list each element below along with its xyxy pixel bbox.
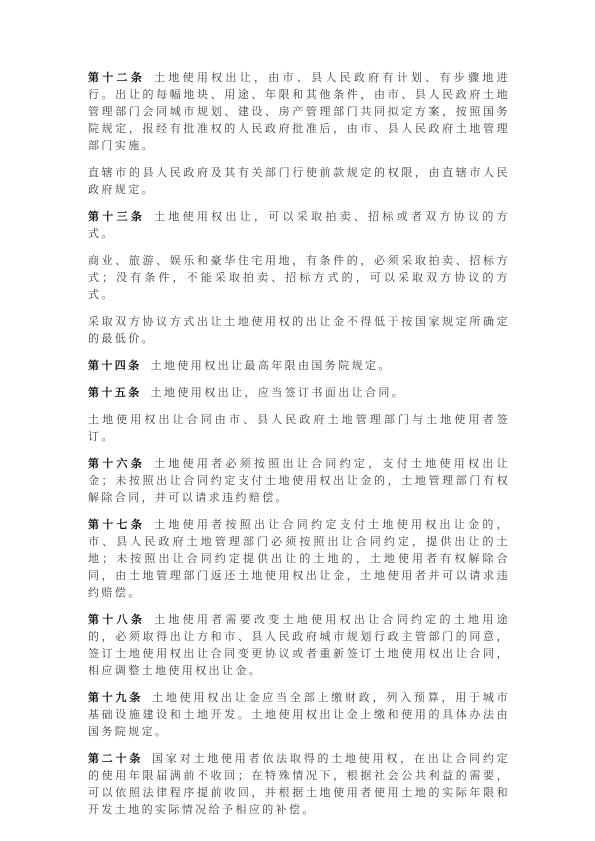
- article-number: 第十七条: [88, 518, 154, 531]
- article-number: 第十二条: [88, 71, 154, 84]
- article-number: 第十三条: [88, 210, 154, 223]
- document-page: 第十二条土地使用权出让，由市、县人民政府有计划、有步骤地进行。出让的每幅地块、用…: [0, 0, 595, 841]
- article-paragraph: 第十九条土地使用权出让金应当全部上缴财政，列入预算，用于城市基础设施建设和土地开…: [88, 689, 510, 740]
- article-number: 第十五条: [88, 386, 151, 399]
- article-paragraph: 直辖市的县人民政府及其有关部门行使前款规定的权限，由直辖市人民政府规定。: [88, 164, 510, 198]
- article-number: 第二十条: [88, 752, 152, 765]
- article-text: 商业、旅游、娱乐和豪华住宅用地，有条件的，必须采取拍卖、招标方式；没有条件，不能…: [88, 254, 510, 301]
- article-text: 土地使用权出让，应当签订书面出让合同。: [151, 386, 406, 399]
- article-number: 第十八条: [88, 613, 154, 626]
- article-text: 国家对土地使用者依法取得的土地使用权，在出让合同约定的使用年限届满前不收回；在特…: [88, 752, 510, 816]
- article-paragraph: 第十六条土地使用者必须按照出让合同约定，支付土地使用权出让金；未按照出让合同约定…: [88, 455, 510, 506]
- article-paragraph: 第二十条国家对土地使用者依法取得的土地使用权，在出让合同约定的使用年限届满前不收…: [88, 750, 510, 818]
- article-text: 土地使用权出让合同由市、县人民政府土地管理部门与土地使用者签订。: [88, 413, 510, 443]
- article-paragraph: 商业、旅游、娱乐和豪华住宅用地，有条件的，必须采取拍卖、招标方式；没有条件，不能…: [88, 252, 510, 303]
- article-paragraph: 第十二条土地使用权出让，由市、县人民政府有计划、有步骤地进行。出让的每幅地块、用…: [88, 69, 510, 154]
- article-number: 第十四条: [88, 359, 151, 372]
- article-paragraph: 第十三条土地使用权出让，可以采取拍卖、招标或者双方协议的方式。: [88, 208, 510, 242]
- article-paragraph: 第十四条土地使用权出让最高年限由国务院规定。: [88, 357, 510, 374]
- article-text: 土地使用权出让最高年限由国务院规定。: [151, 359, 392, 372]
- article-number: 第十六条: [88, 457, 154, 470]
- article-paragraph: 第十七条土地使用者按照出让合同约定支付土地使用权出让金的，市、县人民政府土地管理…: [88, 516, 510, 601]
- article-text: 采取双方协议方式出让土地使用权的出让金不得低于按国家规定所确定的最低价。: [88, 315, 510, 345]
- document-body: 第十二条土地使用权出让，由市、县人民政府有计划、有步骤地进行。出让的每幅地块、用…: [88, 69, 510, 818]
- article-paragraph: 第十八条土地使用者需要改变土地使用权出让合同约定的土地用途的，必须取得出让方和市…: [88, 611, 510, 679]
- article-paragraph: 采取双方协议方式出让土地使用权的出让金不得低于按国家规定所确定的最低价。: [88, 313, 510, 347]
- article-text: 直辖市的县人民政府及其有关部门行使前款规定的权限，由直辖市人民政府规定。: [88, 166, 510, 196]
- article-paragraph: 土地使用权出让合同由市、县人民政府土地管理部门与土地使用者签订。: [88, 411, 510, 445]
- article-number: 第十九条: [88, 691, 152, 704]
- article-text: 土地使用权出让金应当全部上缴财政，列入预算，用于城市基础设施建设和土地开发。土地…: [88, 691, 510, 738]
- article-paragraph: 第十五条土地使用权出让，应当签订书面出让合同。: [88, 384, 510, 401]
